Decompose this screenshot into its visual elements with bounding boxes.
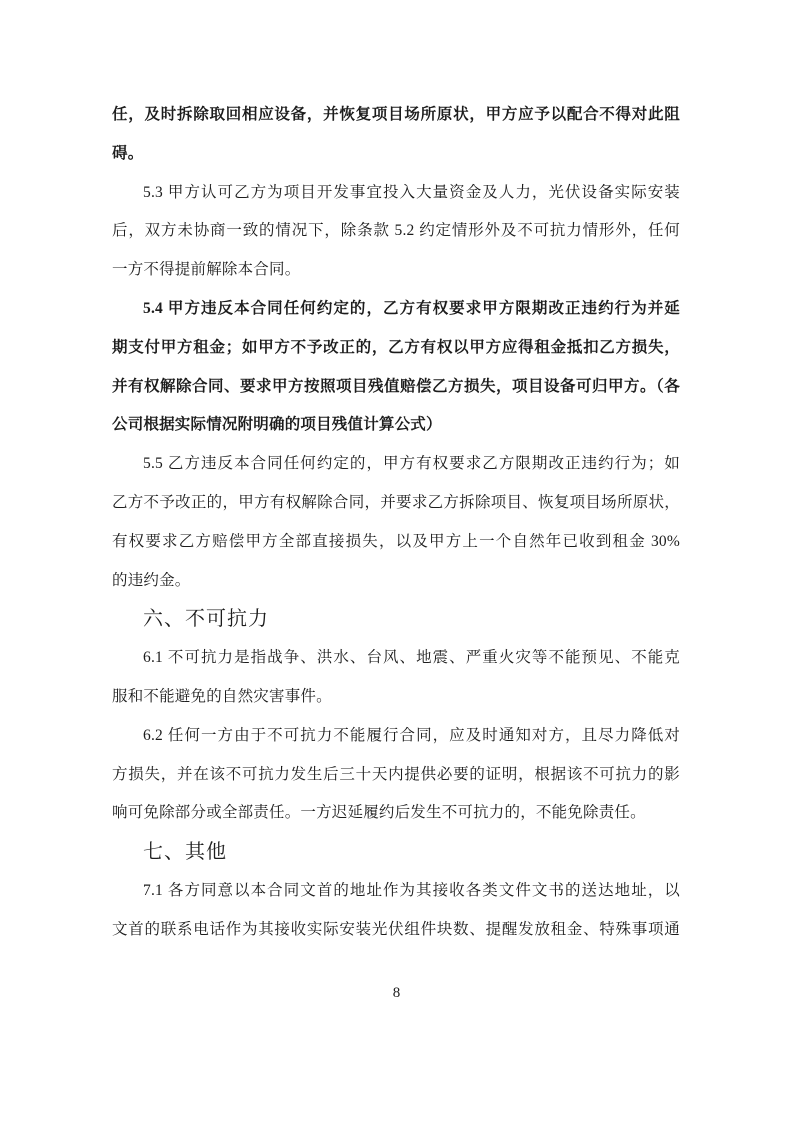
clause-5-2-continuation: 任，及时拆除取回相应设备，并恢复项目场所原状，甲方应予以配合不得对此阻碍。 <box>112 96 680 174</box>
paragraph-line: 一方不得提前解除本合同。 <box>112 251 680 290</box>
clause-5-4: 5.4 甲方违反本合同任何约定的，乙方有权要求甲方限期改正违约行为并延期支付甲方… <box>112 290 680 445</box>
paragraph-line: 5.3 甲方认可乙方为项目开发事宜投入大量资金及人力，光伏设备实际安装 <box>112 174 680 213</box>
paragraph-line: 期支付甲方租金；如甲方不予改正的，乙方有权以甲方应得租金抵扣乙方损失， <box>112 329 680 368</box>
clause-5-5: 5.5 乙方违反本合同任何约定的，甲方有权要求乙方限期改正违约行为；如乙方不予改… <box>112 445 680 600</box>
section-7-heading: 七、其他 <box>112 833 680 872</box>
paragraph-line: 7.1 各方同意以本合同文首的地址作为其接收各类文件文书的送达地址，以 <box>112 872 680 911</box>
clause-6-1: 6.1 不可抗力是指战争、洪水、台风、地震、严重火灾等不能预见、不能克服和不能避… <box>112 639 680 717</box>
clause-6-2: 6.2 任何一方由于不可抗力不能履行合同，应及时通知对方，且尽力降低对方损失，并… <box>112 717 680 833</box>
section-heading: 六、不可抗力 <box>112 600 680 639</box>
paragraph-line: 碍。 <box>112 135 680 174</box>
paragraph-line: 5.5 乙方违反本合同任何约定的，甲方有权要求乙方限期改正违约行为；如 <box>112 445 680 484</box>
paragraph-line: 文首的联系电话作为其接收实际安装光伏组件块数、提醒发放租金、特殊事项通 <box>112 911 680 950</box>
contract-body: 任，及时拆除取回相应设备，并恢复项目场所原状，甲方应予以配合不得对此阻碍。5.3… <box>112 96 680 950</box>
paragraph-line: 乙方不予改正的，甲方有权解除合同，并要求乙方拆除项目、恢复项目场所原状， <box>112 484 680 523</box>
clause-5-3: 5.3 甲方认可乙方为项目开发事宜投入大量资金及人力，光伏设备实际安装后，双方未… <box>112 174 680 290</box>
paragraph-line: 公司根据实际情况附明确的项目残值计算公式） <box>112 406 680 445</box>
paragraph-line: 6.2 任何一方由于不可抗力不能履行合同，应及时通知对方，且尽力降低对 <box>112 717 680 756</box>
document-page: 任，及时拆除取回相应设备，并恢复项目场所原状，甲方应予以配合不得对此阻碍。5.3… <box>0 0 793 1122</box>
paragraph-line: 后，双方未协商一致的情况下，除条款 5.2 约定情形外及不可抗力情形外，任何 <box>112 212 680 251</box>
clause-7-1: 7.1 各方同意以本合同文首的地址作为其接收各类文件文书的送达地址，以文首的联系… <box>112 872 680 950</box>
page-number: 8 <box>0 985 793 1002</box>
paragraph-line: 响可免除部分或全部责任。一方迟延履约后发生不可抗力的，不能免除责任。 <box>112 794 680 833</box>
paragraph-line: 并有权解除合同、要求甲方按照项目残值赔偿乙方损失，项目设备可归甲方。（各 <box>112 368 680 407</box>
section-heading: 七、其他 <box>112 833 680 872</box>
paragraph-line: 的违约金。 <box>112 562 680 601</box>
paragraph-line: 5.4 甲方违反本合同任何约定的，乙方有权要求甲方限期改正违约行为并延 <box>112 290 680 329</box>
paragraph-line: 6.1 不可抗力是指战争、洪水、台风、地震、严重火灾等不能预见、不能克 <box>112 639 680 678</box>
paragraph-line: 方损失，并在该不可抗力发生后三十天内提供必要的证明，根据该不可抗力的影 <box>112 756 680 795</box>
paragraph-line: 有权要求乙方赔偿甲方全部直接损失，以及甲方上一个自然年已收到租金 30% <box>112 523 680 562</box>
paragraph-line: 服和不能避免的自然灾害事件。 <box>112 678 680 717</box>
section-6-heading: 六、不可抗力 <box>112 600 680 639</box>
paragraph-line: 任，及时拆除取回相应设备，并恢复项目场所原状，甲方应予以配合不得对此阻 <box>112 96 680 135</box>
